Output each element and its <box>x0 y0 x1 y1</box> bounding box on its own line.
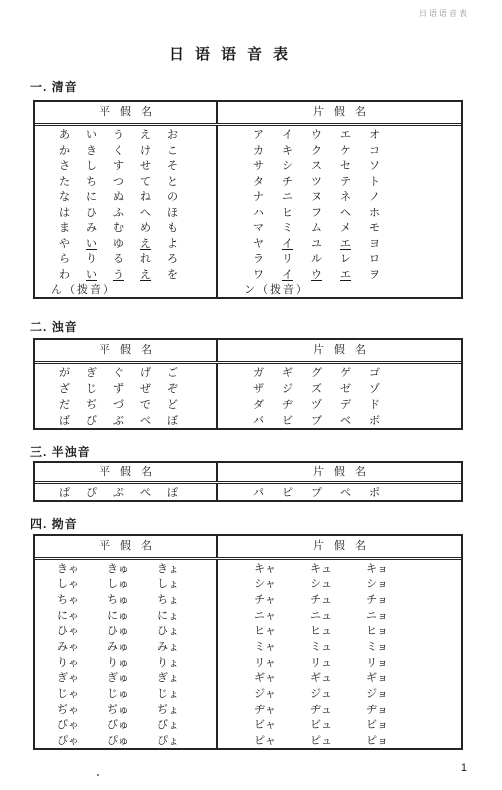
katakana-cell: ヤイユエヨ <box>216 235 461 251</box>
hiragana-cell: りゃりゅりょ <box>35 654 216 670</box>
kana-char: ズ <box>302 381 331 397</box>
hiragana-cell: しゃしゅしょ <box>35 575 216 591</box>
kana-char: ポ <box>360 485 389 501</box>
hiragana-cell: じゃじゅじょ <box>35 685 216 701</box>
table-header-row: 平假名 片假名 <box>35 102 461 126</box>
seion-table: 平假名 片假名 あいうえおアイウエオかきくけこカキクケコさしすせそサシスセソたち… <box>33 100 463 299</box>
kana-char: ず <box>105 381 132 397</box>
kana-row: さしすせそサシスセソ <box>35 157 461 173</box>
kana-char: ン（拨音） <box>244 283 273 299</box>
kana-char: ぷ <box>105 485 132 501</box>
hiragana-cell: びゃびゅびょ <box>35 716 216 732</box>
kana-row: ぢゃぢゅぢょヂャヂュヂョ <box>35 701 461 717</box>
kana-row: ざじずぜぞザジズゼゾ <box>35 380 461 396</box>
katakana-cell: ラリルレロ <box>216 250 461 266</box>
kana-row: たちつてとタチツテト <box>35 173 461 189</box>
table-body: きゃきゅきょキャキュキョしゃしゅしょシャシュショちゃちゅちょチャチュチョにゃにゅ… <box>35 560 461 748</box>
document-page: 日语语音表 日语语音表 一. 清音 平假名 片假名 あいうえおアイウエオかきくけ… <box>0 0 502 790</box>
kana-char: ダ <box>244 397 273 413</box>
kana-char: プ <box>302 485 331 501</box>
kana-char: ぱ <box>51 485 78 501</box>
kana-char: が <box>51 365 78 381</box>
katakana-cell: パピプペポ <box>216 484 461 500</box>
katakana-cell: チャチュチョ <box>216 591 461 607</box>
hiragana-cell: ぴゃぴゅぴょ <box>35 732 216 748</box>
hiragana-column-header: 平假名 <box>35 340 216 361</box>
yoon-table: 平假名 片假名 きゃきゅきょキャキュキョしゃしゅしょシャシュショちゃちゅちょチャ… <box>33 534 463 750</box>
kana-char: ぼ <box>159 413 186 429</box>
kana-row: びゃびゅびょビャビュビョ <box>35 716 461 732</box>
katakana-cell: ヒャヒュヒョ <box>216 622 461 638</box>
table-body: あいうえおアイウエオかきくけこカキクケコさしすせそサシスセソたちつてとタチツテト… <box>35 126 461 297</box>
katakana-column-header: 片假名 <box>216 340 461 361</box>
kana-row: ぴゃぴゅぴょピャピュピョ <box>35 732 461 748</box>
kana-char: ぶ <box>105 413 132 429</box>
section-heading-handakuon: 三. 半浊音 <box>30 445 502 459</box>
section-yoon: 四. 拗音 平假名 片假名 きゃきゅきょキャキュキョしゃしゅしょシャシュショちゃ… <box>0 517 502 750</box>
kana-char: で <box>132 397 159 413</box>
hiragana-column-header: 平假名 <box>35 463 216 481</box>
section-dakuon: 二. 浊音 平假名 片假名 がぎぐげごガギグゲゴざじずぜぞザジズゼゾだぢづでどダ… <box>0 320 502 430</box>
hiragana-cell: ばびぶべぼ <box>35 412 216 428</box>
kana-char: ゲ <box>331 365 360 381</box>
kana-char: ボ <box>360 413 389 429</box>
hiragana-cell: さしすせそ <box>35 157 216 173</box>
hiragana-cell: ぱぴぷぺぽ <box>35 484 216 500</box>
kana-char: ぎ <box>78 365 105 381</box>
katakana-cell: ニャニュニョ <box>216 607 461 623</box>
handakuon-table: 平假名 片假名 ぱぴぷぺぽパピプペポ <box>33 461 463 502</box>
hiragana-cell: かきくけこ <box>35 142 216 158</box>
hiragana-cell: ひゃひゅひょ <box>35 622 216 638</box>
hiragana-cell: まみむめも <box>35 219 216 235</box>
kana-row: かきくけこカキクケコ <box>35 142 461 158</box>
hiragana-cell: だぢづでど <box>35 396 216 412</box>
kana-row: やいゆえよヤイユエヨ <box>35 235 461 251</box>
kana-row: はひふへほハヒフヘホ <box>35 204 461 220</box>
kana-char: ザ <box>244 381 273 397</box>
running-header: 日语语音表 <box>419 8 469 19</box>
kana-char: ぺ <box>132 485 159 501</box>
kana-char: だ <box>51 397 78 413</box>
kana-char: ん（拨音） <box>51 283 116 299</box>
kana-char: ピュ <box>293 734 349 750</box>
kana-char: ぴゃ <box>43 734 93 750</box>
katakana-cell: ジャジュジョ <box>216 685 461 701</box>
kana-char: ご <box>159 365 186 381</box>
kana-row: ぎゃぎゅぎょギャギュギョ <box>35 669 461 685</box>
kana-char: ぜ <box>132 381 159 397</box>
katakana-column-header: 片假名 <box>216 463 461 481</box>
kana-row: ひゃひゅひょヒャヒュヒョ <box>35 622 461 638</box>
katakana-column-header: 片假名 <box>216 536 461 557</box>
kana-char: ピャ <box>237 734 293 750</box>
kana-char: ヅ <box>302 397 331 413</box>
kana-row: あいうえおアイウエオ <box>35 126 461 142</box>
kana-char: ぽ <box>159 485 186 501</box>
kana-char: づ <box>105 397 132 413</box>
hiragana-cell: ざじずぜぞ <box>35 380 216 396</box>
kana-char: ピョ <box>349 734 405 750</box>
katakana-cell: ギャギュギョ <box>216 669 461 685</box>
kana-char: ゴ <box>360 365 389 381</box>
kana-char: ど <box>159 397 186 413</box>
katakana-cell: マミムメモ <box>216 219 461 235</box>
katakana-cell: タチツテト <box>216 173 461 189</box>
kana-char: び <box>78 413 105 429</box>
kana-char: ぐ <box>105 365 132 381</box>
kana-char: ベ <box>331 413 360 429</box>
kana-row: なにぬねのナニヌネノ <box>35 188 461 204</box>
kana-char: げ <box>132 365 159 381</box>
hiragana-cell: みゃみゅみょ <box>35 638 216 654</box>
katakana-cell: バビブベボ <box>216 412 461 428</box>
hiragana-cell: ぎゃぎゅぎょ <box>35 669 216 685</box>
katakana-cell: ビャビュビョ <box>216 716 461 732</box>
kana-char: ド <box>360 397 389 413</box>
kana-row: しゃしゅしょシャシュショ <box>35 575 461 591</box>
kana-char: ペ <box>331 485 360 501</box>
kana-char: ゾ <box>360 381 389 397</box>
kana-char: ジ <box>273 381 302 397</box>
kana-char: ぴゅ <box>93 734 143 750</box>
stray-dot-artifact <box>97 774 99 776</box>
hiragana-cell: たちつてと <box>35 173 216 189</box>
hiragana-cell: あいうえお <box>35 126 216 142</box>
kana-char: ゼ <box>331 381 360 397</box>
section-heading-dakuon: 二. 浊音 <box>30 320 502 334</box>
kana-row: らりるれろラリルレロ <box>35 250 461 266</box>
page-title: 日语语音表 <box>0 0 457 64</box>
kana-char: デ <box>331 397 360 413</box>
katakana-cell: アイウエオ <box>216 126 461 142</box>
page-number: 1 <box>461 762 467 774</box>
katakana-cell: ン（拨音） <box>216 281 461 297</box>
hiragana-column-header: 平假名 <box>35 536 216 557</box>
katakana-cell: ガギグゲゴ <box>216 364 461 380</box>
kana-row: みゃみゅみょミャミュミョ <box>35 638 461 654</box>
kana-char: ブ <box>302 413 331 429</box>
hiragana-cell: はひふへほ <box>35 204 216 220</box>
kana-row: がぎぐげごガギグゲゴ <box>35 364 461 380</box>
katakana-cell: カキクケコ <box>216 142 461 158</box>
section-seion: 一. 清音 平假名 片假名 あいうえおアイウエオかきくけこカキクケコさしすせそサ… <box>0 80 502 299</box>
table-header-row: 平假名 片假名 <box>35 340 461 364</box>
kana-char: ぞ <box>159 381 186 397</box>
katakana-cell: ワイウエヲ <box>216 266 461 282</box>
kana-char: じ <box>78 381 105 397</box>
hiragana-cell: にゃにゅにょ <box>35 607 216 623</box>
kana-row: ばびぶべぼバビブベボ <box>35 412 461 428</box>
katakana-cell: リャリュリョ <box>216 654 461 670</box>
table-header-row: 平假名 片假名 <box>35 463 461 484</box>
section-handakuon: 三. 半浊音 平假名 片假名 ぱぴぷぺぽパピプペポ <box>0 445 502 502</box>
katakana-cell: キャキュキョ <box>216 560 461 576</box>
kana-char: パ <box>244 485 273 501</box>
table-body: がぎぐげごガギグゲゴざじずぜぞザジズゼゾだぢづでどダヂヅデドばびぶべぼバビブベボ <box>35 364 461 428</box>
katakana-cell: ザジズゼゾ <box>216 380 461 396</box>
kana-char: ぴょ <box>143 734 193 750</box>
kana-row: ちゃちゅちょチャチュチョ <box>35 591 461 607</box>
hiragana-column-header: 平假名 <box>35 102 216 123</box>
katakana-cell: ハヒフヘホ <box>216 204 461 220</box>
kana-char: ざ <box>51 381 78 397</box>
kana-char: グ <box>302 365 331 381</box>
kana-char: ヂ <box>273 397 302 413</box>
katakana-cell: シャシュショ <box>216 575 461 591</box>
dakuon-table: 平假名 片假名 がぎぐげごガギグゲゴざじずぜぞザジズゼゾだぢづでどダヂヅデドばび… <box>33 338 463 430</box>
kana-char: ば <box>51 413 78 429</box>
katakana-cell: ヂャヂュヂョ <box>216 701 461 717</box>
katakana-cell: ミャミュミョ <box>216 638 461 654</box>
kana-char: ビ <box>273 413 302 429</box>
katakana-cell: サシスセソ <box>216 157 461 173</box>
kana-row: まみむめもマミムメモ <box>35 219 461 235</box>
table-body: ぱぴぷぺぽパピプペポ <box>35 484 461 500</box>
katakana-cell: ナニヌネノ <box>216 188 461 204</box>
kana-row: わいうえをワイウエヲ <box>35 266 461 282</box>
hiragana-cell: ちゃちゅちょ <box>35 591 216 607</box>
kana-row: ん（拨音）ン（拨音） <box>35 281 461 297</box>
section-heading-yoon: 四. 拗音 <box>30 517 502 531</box>
hiragana-cell: わいうえを <box>35 266 216 282</box>
kana-char: ピ <box>273 485 302 501</box>
kana-char: ギ <box>273 365 302 381</box>
katakana-column-header: 片假名 <box>216 102 461 123</box>
kana-char: ぴ <box>78 485 105 501</box>
katakana-cell: ピャピュピョ <box>216 732 461 748</box>
hiragana-cell: がぎぐげご <box>35 364 216 380</box>
kana-char: ぢ <box>78 397 105 413</box>
kana-char: べ <box>132 413 159 429</box>
kana-row: きゃきゅきょキャキュキョ <box>35 560 461 576</box>
kana-char: ガ <box>244 365 273 381</box>
hiragana-cell: きゃきゅきょ <box>35 560 216 576</box>
kana-row: ぱぴぷぺぽパピプペポ <box>35 484 461 500</box>
katakana-cell: ダヂヅデド <box>216 396 461 412</box>
kana-row: りゃりゅりょリャリュリョ <box>35 654 461 670</box>
section-heading-seion: 一. 清音 <box>30 80 502 94</box>
hiragana-cell: ぢゃぢゅぢょ <box>35 701 216 717</box>
kana-row: だぢづでどダヂヅデド <box>35 396 461 412</box>
table-header-row: 平假名 片假名 <box>35 536 461 560</box>
hiragana-cell: ん（拨音） <box>35 281 216 297</box>
kana-row: にゃにゅにょニャニュニョ <box>35 607 461 623</box>
hiragana-cell: なにぬねの <box>35 188 216 204</box>
kana-char: バ <box>244 413 273 429</box>
hiragana-cell: らりるれろ <box>35 250 216 266</box>
kana-row: じゃじゅじょジャジュジョ <box>35 685 461 701</box>
hiragana-cell: やいゆえよ <box>35 235 216 251</box>
